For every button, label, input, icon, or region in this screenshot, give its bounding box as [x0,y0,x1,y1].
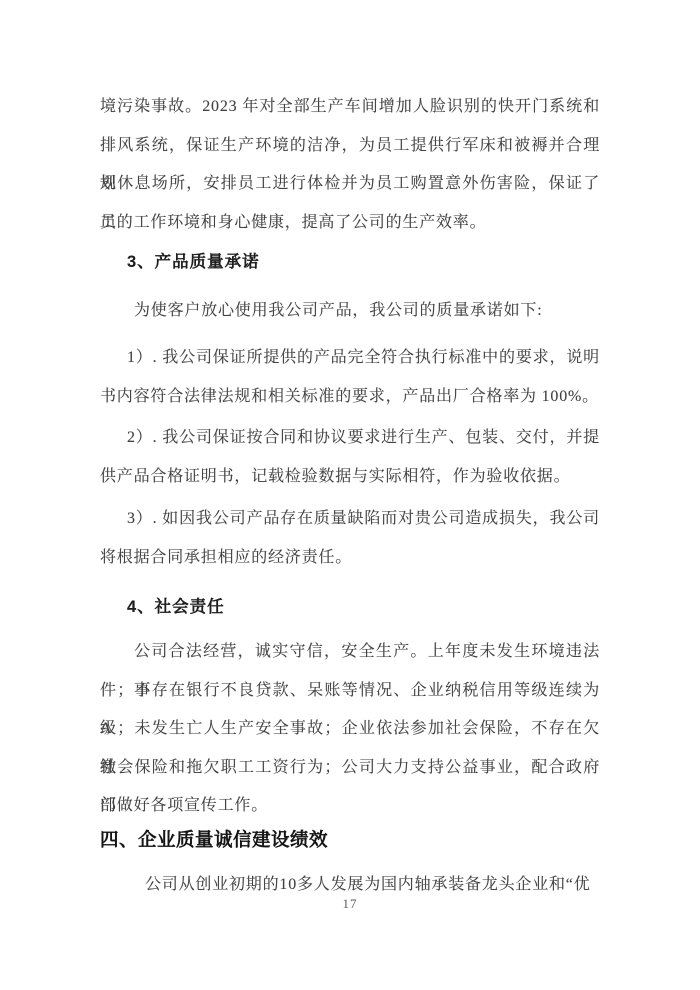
text-line: 公司合法经营，诚实守信，安全生产。上年度未发生环境违法事 [100,633,600,672]
text-line: 1）. 我公司保证所提供的产品完全符合执行标准中的要求，说明 [100,339,600,378]
text-line: 排风系统，保证生产环境的洁净，为员工提供行军床和被褥并合理规 [100,127,600,166]
text-line: 件；不存在银行不良贷款、呆账等情况、企业纳税信用等级连续为 A [100,672,600,711]
chapter-heading-quality-credit-performance: 四、企业质量诚信建设绩效 [100,820,600,860]
text-line: 划休息场所，安排员工进行体检并为员工购置意外伤害险，保证了员 [100,165,600,204]
text-line: 供产品合格证明书，记载检验数据与实际相符，作为验收依据。 [100,458,600,497]
text-line: 书内容符合法律法规和相关标准的要求，产品出厂合格率为 100%。 [100,378,600,417]
document-page: 境污染事故。2023 年对全部生产车间增加人脸识别的快开门系统和 排风系统，保证… [0,0,700,990]
text-line: 社会保险和拖欠职工工资行为；公司大力支持公益事业，配合政府部 [100,749,600,788]
text-line: 为使客户放心使用我公司产品，我公司的质量承诺如下: [100,292,600,331]
paragraph-social-responsibility: 公司合法经营，诚实守信，安全生产。上年度未发生环境违法事 件；不存在银行不良贷款… [100,633,600,826]
section-heading-social-responsibility: 4、社会责任 [100,588,600,627]
text-line: 3）. 如因我公司产品存在质量缺陷而对贵公司造成损失，我公司 [100,500,600,539]
text-line: 将根据合同承担相应的经济责任。 [100,539,600,578]
text-line: 级；未发生亡人生产安全事故；企业依法参加社会保险，不存在欠缴 [100,710,600,749]
numbered-item-2: 2）. 我公司保证按合同和协议要求进行生产、包装、交付，并提 供产品合格证明书，… [100,419,600,496]
paragraph-quality-commitment-intro: 为使客户放心使用我公司产品，我公司的质量承诺如下: [100,292,600,331]
text-line: 工的工作环境和身心健康，提高了公司的生产效率。 [100,204,600,243]
section-heading-product-quality-commitment: 3、产品质量承诺 [100,243,600,282]
text-line: 境污染事故。2023 年对全部生产车间增加人脸识别的快开门系统和 [100,88,600,127]
numbered-item-1: 1）. 我公司保证所提供的产品完全符合执行标准中的要求，说明 书内容符合法律法规… [100,339,600,416]
text-line: 2）. 我公司保证按合同和协议要求进行生产、包装、交付，并提 [100,419,600,458]
chapter-heading: 四、企业质量诚信建设绩效 [100,820,600,860]
numbered-item-3: 3）. 如因我公司产品存在质量缺陷而对贵公司造成损失，我公司 将根据合同承担相应… [100,500,600,577]
sub-heading: 3、产品质量承诺 [100,243,600,282]
page-number: 17 [100,894,600,914]
sub-heading: 4、社会责任 [100,588,600,627]
paragraph-employee-welfare: 境污染事故。2023 年对全部生产车间增加人脸识别的快开门系统和 排风系统，保证… [100,88,600,242]
